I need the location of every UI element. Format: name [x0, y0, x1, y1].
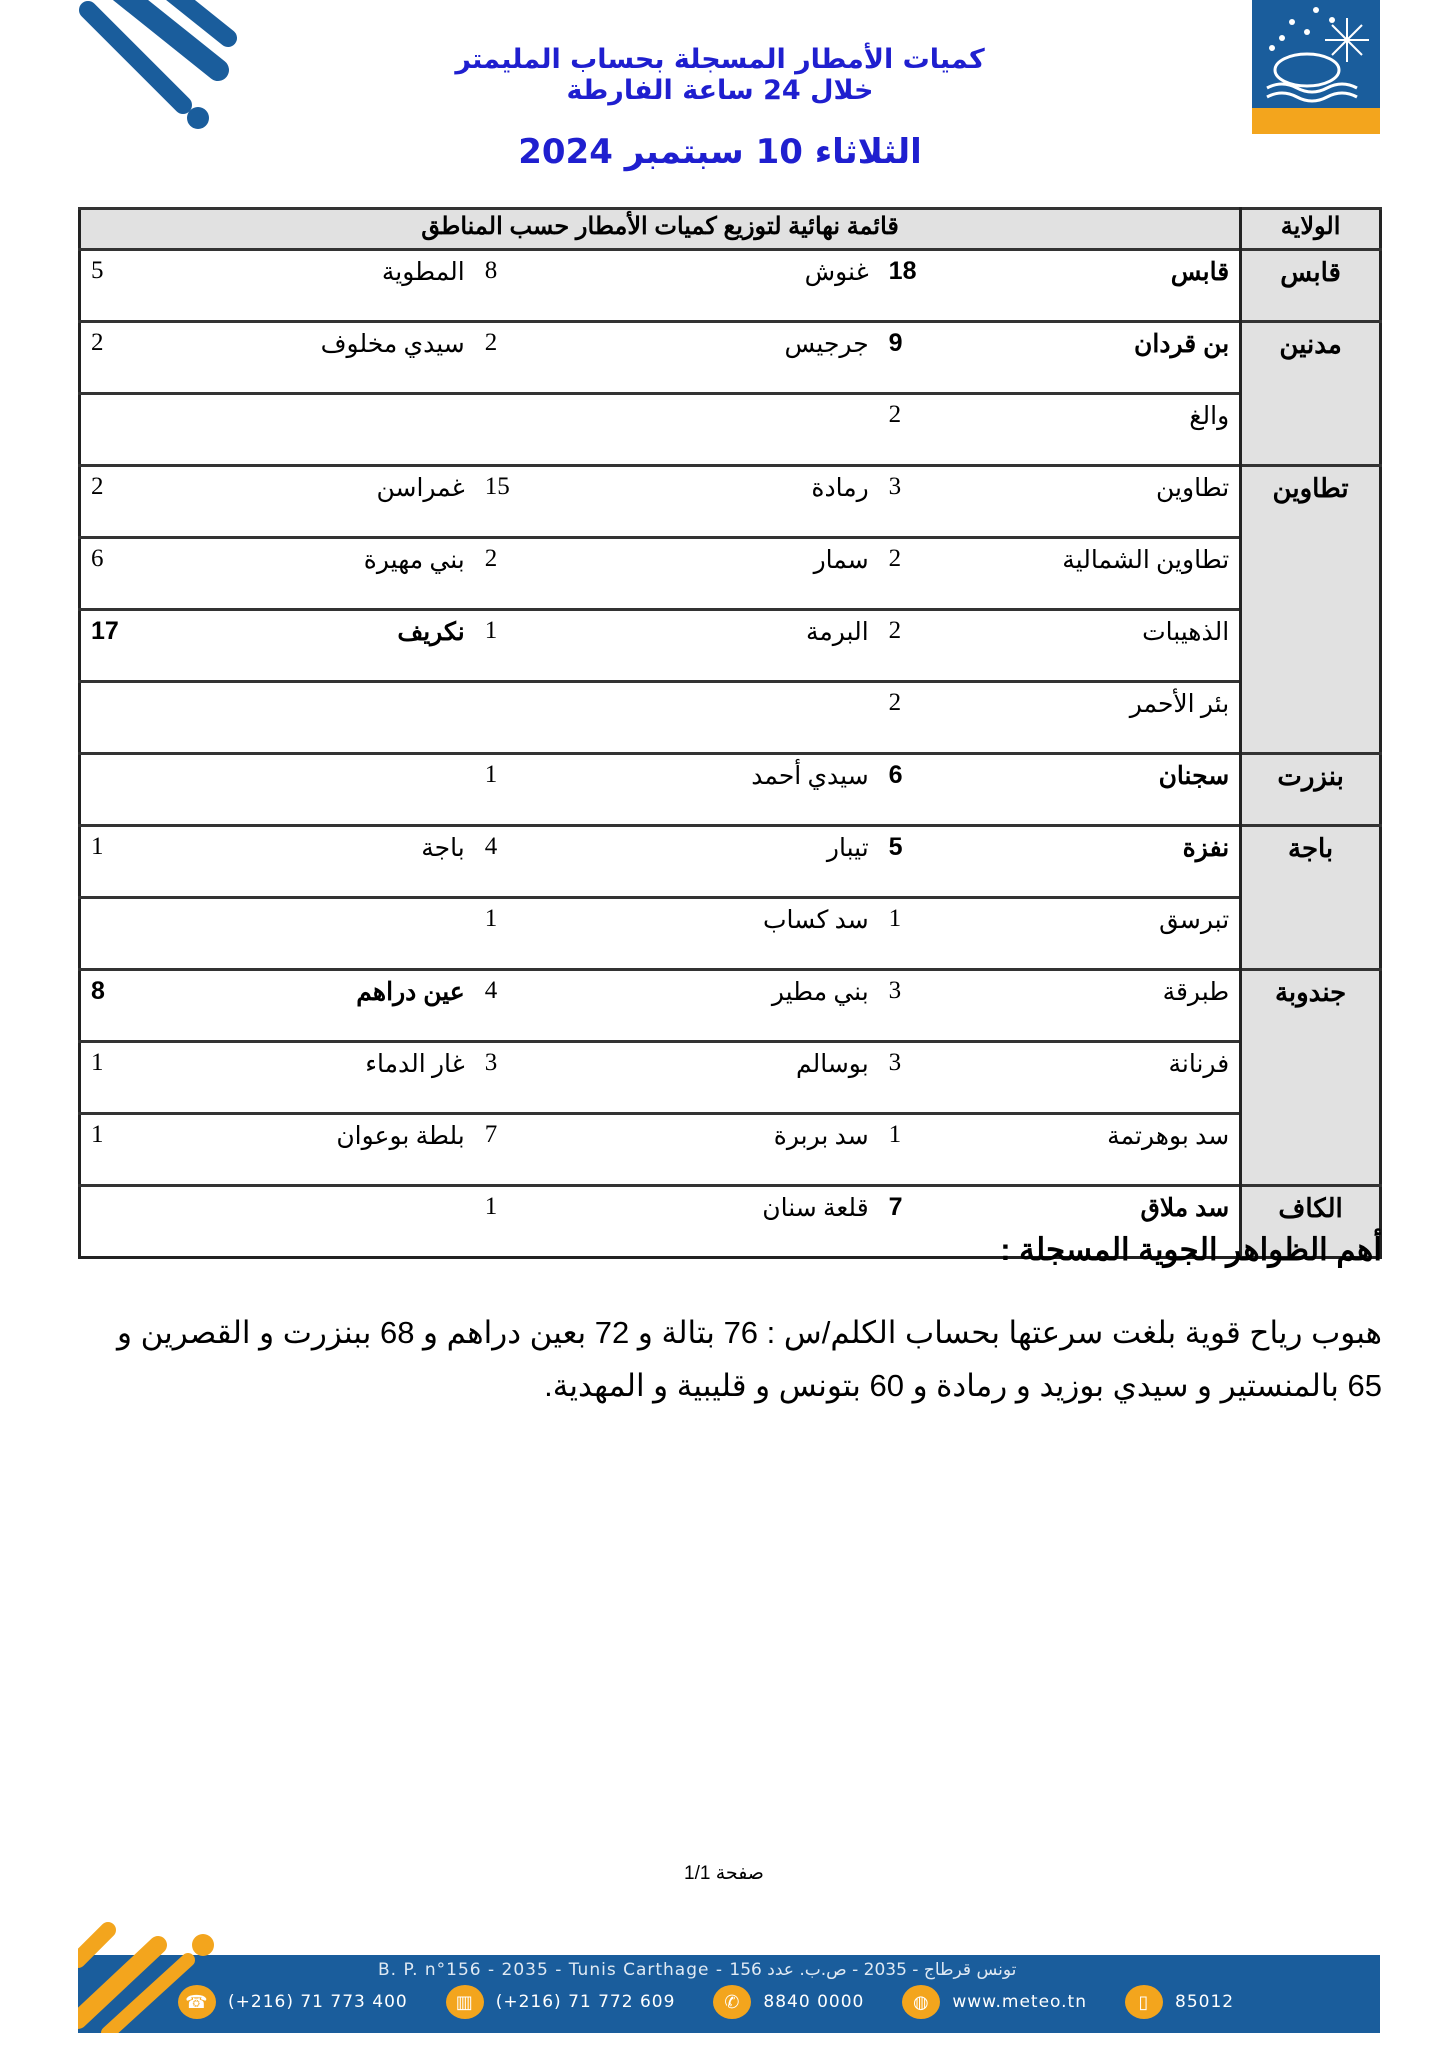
- rain-value: 2: [475, 322, 558, 394]
- rain-value: 1: [475, 610, 558, 682]
- rain-value: 2: [475, 538, 558, 610]
- footer-bar: B. P. n°156 - 2035 - Tunis Carthage - تو…: [78, 1955, 1380, 2033]
- station-name: البرمة: [558, 610, 879, 682]
- station-name: تطاوين الشمالية: [959, 538, 1240, 610]
- station-name: طبرقة: [959, 970, 1240, 1042]
- rain-value: 3: [879, 970, 960, 1042]
- station-name: [143, 394, 474, 466]
- station-name: بني مطير: [558, 970, 879, 1042]
- station-name: نفزة: [959, 826, 1240, 898]
- rain-value: 1: [879, 1114, 960, 1186]
- rain-value: 8: [475, 250, 558, 322]
- station-name: سد كساب: [558, 898, 879, 970]
- station-name: قابس: [959, 250, 1240, 322]
- table-row: بنزرت سجنان 6 سيدي أحمد 1: [80, 754, 1381, 826]
- station-name: رمادة: [558, 466, 879, 538]
- station-name: سجنان: [959, 754, 1240, 826]
- inm-logo: [1252, 0, 1380, 134]
- fax-number: (+216) 71 772 609: [496, 1992, 676, 2012]
- phone-number: (+216) 71 773 400: [228, 1992, 408, 2012]
- rain-value: 1: [475, 754, 558, 826]
- station-name: بوسالم: [558, 1042, 879, 1114]
- logo-caption-band: [1252, 108, 1380, 134]
- rain-value: 15: [475, 466, 558, 538]
- globe-icon: ◍: [902, 1985, 940, 2019]
- mobile-sms-icon: ▯: [1125, 1985, 1163, 2019]
- contact-website[interactable]: ◍ www.meteo.tn: [902, 1985, 1087, 2019]
- station-name: باجة: [143, 826, 474, 898]
- table-row: فرنانة 3 بوسالم 3 غار الدماء 1: [80, 1042, 1381, 1114]
- page-number: صفحة 1/1: [0, 1862, 1448, 1885]
- rain-value: 3: [879, 466, 960, 538]
- rain-value: 9: [879, 322, 960, 394]
- rain-value: 2: [879, 394, 960, 466]
- rain-value: [475, 682, 558, 754]
- rain-value: 17: [80, 610, 144, 682]
- station-name: بئر الأحمر: [959, 682, 1240, 754]
- rain-value: 18: [879, 250, 960, 322]
- logo-stripes-left: [78, 0, 238, 135]
- station-name: [558, 682, 879, 754]
- station-name: [143, 898, 474, 970]
- rain-value: 1: [80, 1042, 144, 1114]
- table-row: جندوبة طبرقة 3 بني مطير 4 عين دراهم 8: [80, 970, 1381, 1042]
- station-name: [558, 394, 879, 466]
- station-name: عين دراهم: [143, 970, 474, 1042]
- station-name: سيدي مخلوف: [143, 322, 474, 394]
- table-row: والغ 2: [80, 394, 1381, 466]
- website-link[interactable]: www.meteo.tn: [952, 1992, 1087, 2012]
- station-name: الذهيبات: [959, 610, 1240, 682]
- hotline-number: 8840 0000: [763, 1992, 864, 2012]
- rain-value: 2: [80, 322, 144, 394]
- station-name: نكريف: [143, 610, 474, 682]
- sms-number: 85012: [1175, 1992, 1234, 2012]
- station-name: سمار: [558, 538, 879, 610]
- table-header-row: الولاية قائمة نهائية لتوزيع كميات الأمطا…: [80, 209, 1381, 250]
- rain-value: 1: [80, 1114, 144, 1186]
- rain-value: 2: [879, 682, 960, 754]
- table-row: باجة نفزة 5 تيبار 4 باجة 1: [80, 826, 1381, 898]
- header-governorate: الولاية: [1241, 209, 1381, 250]
- contact-fax: ▥ (+216) 71 772 609: [446, 1985, 676, 2019]
- station-name: سيدي أحمد: [558, 754, 879, 826]
- rain-value: [475, 394, 558, 466]
- rain-value: 6: [80, 538, 144, 610]
- header-zones: قائمة نهائية لتوزيع كميات الأمطار حسب ال…: [80, 209, 1241, 250]
- report-date: الثلاثاء 10 سبتمبر 2024: [420, 132, 1020, 172]
- station-name: سد بربرة: [558, 1114, 879, 1186]
- station-name: تبرسق: [959, 898, 1240, 970]
- rain-value: 3: [879, 1042, 960, 1114]
- rain-value: 6: [879, 754, 960, 826]
- station-name: [143, 682, 474, 754]
- rain-value: 1: [879, 898, 960, 970]
- station-name: والغ: [959, 394, 1240, 466]
- governorate-cell: بنزرت: [1241, 754, 1381, 826]
- table-row: الذهيبات 2 البرمة 1 نكريف 17: [80, 610, 1381, 682]
- rain-value: 3: [475, 1042, 558, 1114]
- phenomena-heading: أهم الظواهر الجوية المسجلة :: [1000, 1232, 1382, 1268]
- table-row: سد بوهرتمة 1 سد بربرة 7 بلطة بوعوان 1: [80, 1114, 1381, 1186]
- rain-value: 1: [475, 898, 558, 970]
- station-name: تطاوين: [959, 466, 1240, 538]
- table-row: تبرسق 1 سد كساب 1: [80, 898, 1381, 970]
- table-row: تطاوين تطاوين 3 رمادة 15 غمراسن 2: [80, 466, 1381, 538]
- rain-value: 1: [475, 1186, 558, 1258]
- fax-icon: ▥: [446, 1985, 484, 2019]
- station-name: بني مهيرة: [143, 538, 474, 610]
- station-name: [143, 1186, 474, 1258]
- station-name: فرنانة: [959, 1042, 1240, 1114]
- station-name: قلعة سنان: [558, 1186, 879, 1258]
- rain-value: [80, 394, 144, 466]
- rain-value: 2: [879, 538, 960, 610]
- rain-value: 5: [879, 826, 960, 898]
- phenomena-text: هبوب رياح قوية بلغت سرعتها بحساب الكلم/س…: [92, 1306, 1382, 1412]
- rain-value: 2: [879, 610, 960, 682]
- footer-stripes-decoration: [78, 1920, 218, 2033]
- rain-value: [80, 898, 144, 970]
- call-bubble-icon: ✆: [713, 1985, 751, 2019]
- footer-contacts: ☎ (+216) 71 773 400 ▥ (+216) 71 772 609 …: [178, 1985, 1234, 2019]
- rainfall-table: الولاية قائمة نهائية لتوزيع كميات الأمطا…: [78, 207, 1382, 1259]
- station-name: غمراسن: [143, 466, 474, 538]
- station-name: بلطة بوعوان: [143, 1114, 474, 1186]
- rain-value: [80, 1186, 144, 1258]
- rain-value: 4: [475, 826, 558, 898]
- station-name: المطوية: [143, 250, 474, 322]
- footer-address: B. P. n°156 - 2035 - Tunis Carthage - تو…: [378, 1960, 1016, 1980]
- rain-value: 7: [879, 1186, 960, 1258]
- governorate-cell: باجة: [1241, 826, 1381, 970]
- rain-value: 8: [80, 970, 144, 1042]
- contact-sms: ▯ 85012: [1125, 1985, 1234, 2019]
- table-row: مدنين بن قردان 9 جرجيس 2 سيدي مخلوف 2: [80, 322, 1381, 394]
- governorate-cell: جندوبة: [1241, 970, 1381, 1186]
- station-name: تيبار: [558, 826, 879, 898]
- rain-value: [80, 682, 144, 754]
- table-row: بئر الأحمر 2: [80, 682, 1381, 754]
- table-row: قابس قابس 18 غنوش 8 المطوية 5: [80, 250, 1381, 322]
- governorate-cell: مدنين: [1241, 322, 1381, 466]
- station-name: سد بوهرتمة: [959, 1114, 1240, 1186]
- report-title: كميات الأمطار المسجلة بحساب المليمتر: [420, 44, 1020, 75]
- station-name: غنوش: [558, 250, 879, 322]
- snowflake-stars-icon: [1252, 0, 1380, 108]
- governorate-cell: تطاوين: [1241, 466, 1381, 754]
- rain-value: 1: [80, 826, 144, 898]
- rain-value: 4: [475, 970, 558, 1042]
- contact-hotline: ✆ 8840 0000: [713, 1985, 864, 2019]
- station-name: بن قردان: [959, 322, 1240, 394]
- rain-value: 2: [80, 466, 144, 538]
- rain-value: [80, 754, 144, 826]
- report-subtitle: خلال 24 ساعة الفارطة: [420, 75, 1020, 106]
- station-name: غار الدماء: [143, 1042, 474, 1114]
- rain-value: 7: [475, 1114, 558, 1186]
- station-name: [143, 754, 474, 826]
- governorate-cell: قابس: [1241, 250, 1381, 322]
- station-name: جرجيس: [558, 322, 879, 394]
- rain-value: 5: [80, 250, 144, 322]
- table-row: تطاوين الشمالية 2 سمار 2 بني مهيرة 6: [80, 538, 1381, 610]
